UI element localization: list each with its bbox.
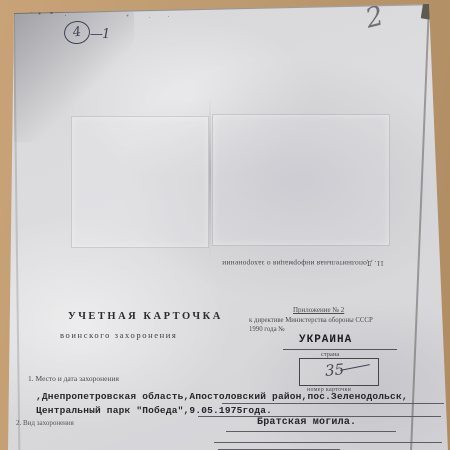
appendix-line-2: к директиве Министерства обороны СССР: [249, 317, 373, 324]
field-burial-type-value: Братская могила.: [257, 417, 356, 428]
country-underline: [283, 349, 397, 350]
appendix-line-1: Приложение № 2: [293, 306, 344, 314]
ruled-line-4: [214, 442, 442, 443]
appendix-line-3: 1990 года №: [249, 326, 285, 333]
handwritten-circled-number: 4: [63, 19, 92, 45]
bent-corner: [421, 1, 433, 19]
reverse-side-print-through: 11. Дополнительная информация о захороне…: [196, 259, 410, 268]
paper-left-edge-shadow: [13, 12, 20, 450]
ruled-line-1: [222, 403, 444, 404]
card-title: УЧЕТНАЯ КАРТОЧКА: [68, 311, 223, 322]
country-label: страна: [321, 351, 339, 358]
handwritten-page-number: 2: [363, 0, 387, 34]
document-paper: 4 —1 2 11. Дополнительная информация о з…: [0, 0, 450, 450]
paper-right-edge-shadow: [410, 4, 430, 450]
field-burial-type-label: 2. Вид захоронения: [16, 419, 74, 427]
country-value: УКРАИНА: [299, 334, 352, 346]
embossed-rectangle-left: [71, 116, 209, 248]
field-place-date-value-line2: Центральный парк "Победа",9.05.1975года.: [36, 405, 272, 416]
field-place-date-value-line1: ,Днепропетровская область,Апостоловский …: [36, 391, 408, 402]
embossed-rectangle-right: [212, 114, 390, 246]
dirt-specks: [30, 10, 33, 13]
card-subtitle: воинского захоронения: [60, 330, 177, 340]
field-place-date-label: 1. Место и дата захоронения: [28, 374, 119, 383]
paper-crease: [209, 96, 211, 261]
handwritten-circled-suffix: —1: [90, 27, 109, 42]
ruled-line-3: [226, 431, 396, 432]
scanned-document-photo: 4 —1 2 11. Дополнительная информация о з…: [0, 0, 450, 450]
